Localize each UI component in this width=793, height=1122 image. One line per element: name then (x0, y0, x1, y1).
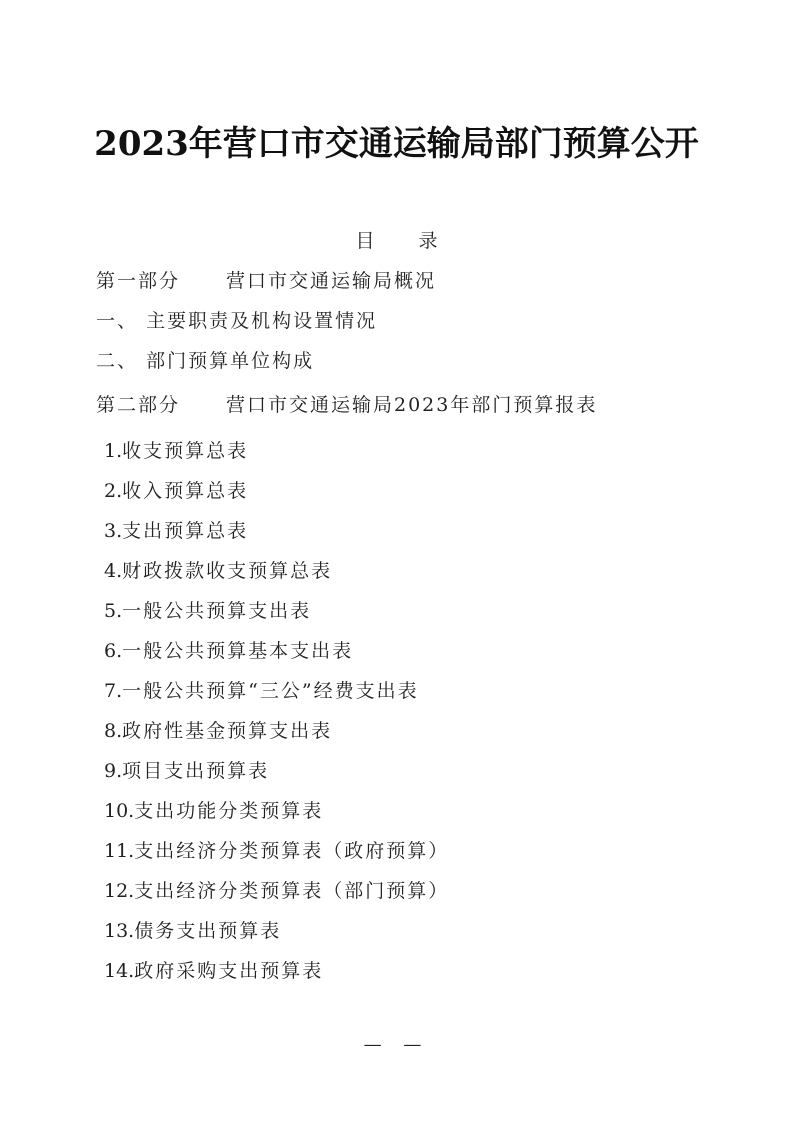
item-title: 支出预算总表 (122, 520, 248, 542)
item-title: 财政拨款收支预算总表 (122, 560, 332, 582)
part-label: 第一部分 (96, 268, 226, 294)
section-title: 主要职责及机构设置情况 (146, 310, 377, 332)
toc-table-item[interactable]: 12.支出经济分类预算表（部门预算） (104, 878, 449, 904)
toc-table-item[interactable]: 11.支出经济分类预算表（政府预算） (104, 838, 449, 864)
toc-table-item[interactable]: 3.支出预算总表 (104, 518, 248, 544)
part-title: 营口市交通运输局2023年部门预算报表 (226, 394, 597, 416)
toc-heading-left: 目 (355, 228, 374, 254)
item-number: 7. (104, 680, 122, 702)
toc-section-2[interactable]: 二、 部门预算单位构成 (96, 348, 314, 374)
item-title: 一般公共预算“三公”经费支出表 (122, 680, 418, 702)
item-title: 政府采购支出预算表 (134, 960, 323, 982)
item-title: 一般公共预算基本支出表 (122, 640, 353, 662)
item-title: 项目支出预算表 (122, 760, 269, 782)
item-number: 12. (104, 880, 134, 902)
item-number: 11. (104, 840, 134, 862)
item-title: 支出经济分类预算表（政府预算） (134, 840, 449, 862)
item-number: 5. (104, 600, 122, 622)
item-number: 6. (104, 640, 122, 662)
section-label: 二、 (96, 350, 138, 372)
item-number: 10. (104, 800, 134, 822)
item-title: 收支预算总表 (122, 440, 248, 462)
page-title: 2023年营口市交通运输局部门预算公开 (0, 122, 793, 166)
section-title: 部门预算单位构成 (146, 350, 314, 372)
toc-heading: 目录 (0, 228, 793, 254)
item-number: 8. (104, 720, 122, 742)
item-title: 支出经济分类预算表（部门预算） (134, 880, 449, 902)
item-title: 政府性基金预算支出表 (122, 720, 332, 742)
section-label: 一、 (96, 310, 138, 332)
toc-part-2[interactable]: 第二部分营口市交通运输局2023年部门预算报表 (96, 392, 597, 418)
toc-table-item[interactable]: 13.债务支出预算表 (104, 918, 281, 944)
toc-heading-right: 录 (419, 228, 438, 254)
item-number: 1. (104, 440, 122, 462)
item-number: 9. (104, 760, 122, 782)
toc-table-item[interactable]: 4.财政拨款收支预算总表 (104, 558, 332, 584)
toc-table-item[interactable]: 6.一般公共预算基本支出表 (104, 638, 353, 664)
toc-table-item[interactable]: 1.收支预算总表 (104, 438, 248, 464)
item-title: 一般公共预算支出表 (122, 600, 311, 622)
item-number: 3. (104, 520, 122, 542)
item-number: 2. (104, 480, 122, 502)
part-label: 第二部分 (96, 392, 226, 418)
toc-table-item[interactable]: 5.一般公共预算支出表 (104, 598, 311, 624)
toc-table-item[interactable]: 10.支出功能分类预算表 (104, 798, 323, 824)
toc-part-1[interactable]: 第一部分营口市交通运输局概况 (96, 268, 436, 294)
item-number: 4. (104, 560, 122, 582)
page-number: — — (0, 1034, 793, 1055)
toc-table-item[interactable]: 7.一般公共预算“三公”经费支出表 (104, 678, 419, 704)
item-title: 支出功能分类预算表 (134, 800, 323, 822)
item-title: 债务支出预算表 (134, 920, 281, 942)
item-title: 收入预算总表 (122, 480, 248, 502)
toc-table-item[interactable]: 9.项目支出预算表 (104, 758, 269, 784)
toc-table-item[interactable]: 2.收入预算总表 (104, 478, 248, 504)
part-title: 营口市交通运输局概况 (226, 270, 436, 292)
toc-section-1[interactable]: 一、 主要职责及机构设置情况 (96, 308, 377, 334)
toc-table-item[interactable]: 8.政府性基金预算支出表 (104, 718, 332, 744)
item-number: 14. (104, 960, 134, 982)
item-number: 13. (104, 920, 134, 942)
toc-table-item[interactable]: 14.政府采购支出预算表 (104, 958, 323, 984)
